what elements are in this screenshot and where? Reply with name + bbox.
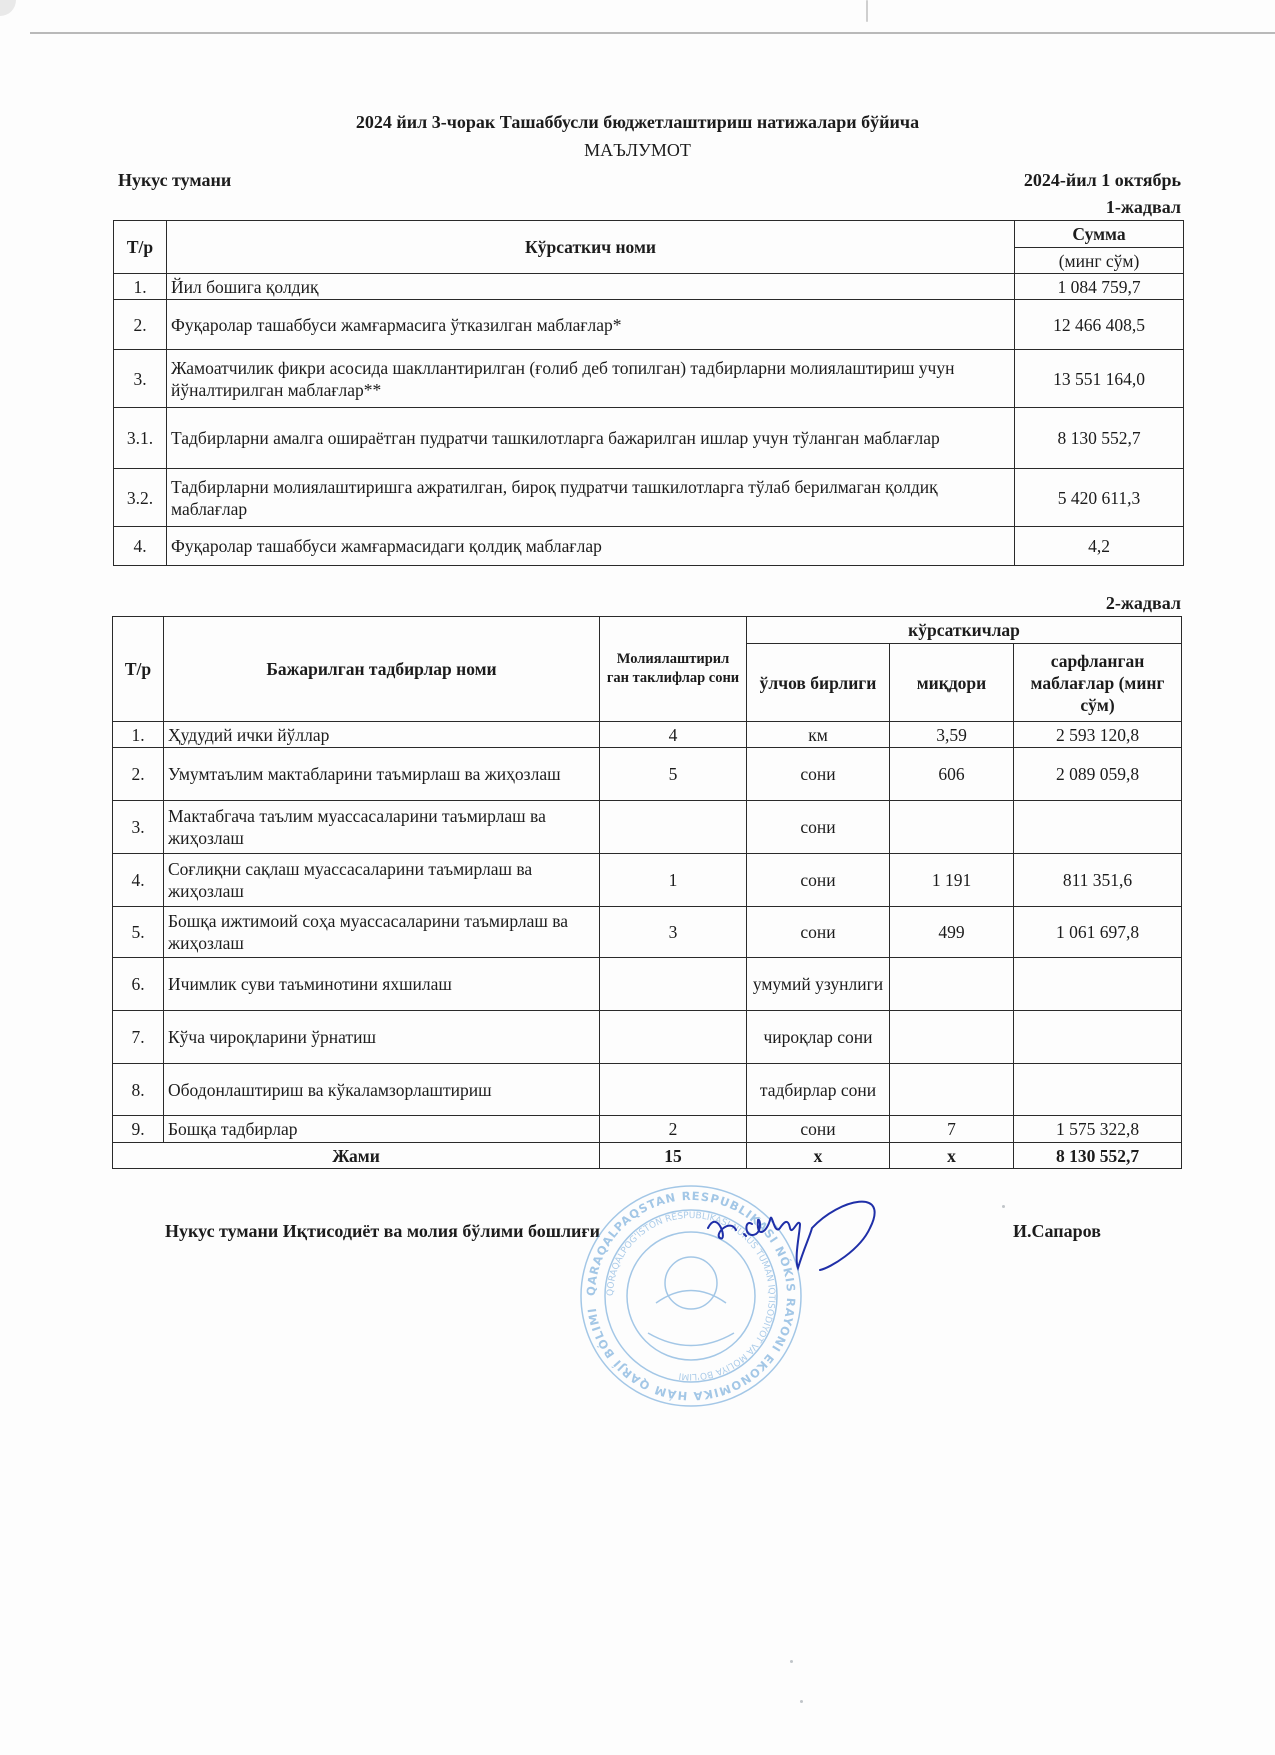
table-row: 6.Ичимлик суви таъминотини яхшилашумумий… [113,958,1182,1011]
table-row: 2.Умумтаълим мактабларини таъмирлаш ва ж… [113,748,1182,801]
scan-speck [1002,1205,1005,1208]
summary-table: Т/р Кўрсаткич номи Сумма (минг сўм) 1.Йи… [113,220,1184,566]
col-header-activity: Бажарилган тадбирлар номи [164,617,600,722]
unit-of-measure: чироқлар сони [747,1011,890,1064]
scan-mark [866,0,868,22]
row-number: 1. [113,722,164,748]
col-header-num: Т/р [113,617,164,722]
col-header-num: Т/р [114,221,167,274]
quantity [890,801,1014,854]
row-number: 9. [113,1116,164,1143]
row-number: 5. [113,907,164,958]
activity-name: Соғлиқни сақлаш муассасаларини таъмирлаш… [164,854,600,907]
col-header-quantity: миқдори [890,644,1014,722]
activity-name: Бошқа ижтимоий соҳа муассасаларини таъми… [164,907,600,958]
spent-amount: 1 061 697,8 [1014,907,1182,958]
activity-name: Кўча чироқларини ўрнатиш [164,1011,600,1064]
table-row: 2.Фуқаролар ташаббуси жамғармасига ўтказ… [114,300,1184,350]
table1-label: 1-жадвал [1106,197,1181,218]
total-proposals: 15 [600,1143,747,1169]
indicator-sum: 4,2 [1015,527,1184,566]
indicator-sum: 5 420 611,3 [1015,469,1184,527]
quantity: 1 191 [890,854,1014,907]
unit-of-measure: умумий узунлиги [747,958,890,1011]
table-row: 3.1.Тадбирларни амалга ошираётган пудрат… [114,408,1184,469]
col-header-proposals: Молиялаштирил ган таклифлар сони [600,617,747,722]
proposals-count: 5 [600,748,747,801]
table-row: 1.Йил бошига қолдиқ1 084 759,7 [114,274,1184,300]
col-header-name: Кўрсаткич номи [167,221,1015,274]
spent-amount: 2 593 120,8 [1014,722,1182,748]
table-row: 4.Соғлиқни сақлаш муассасаларини таъмирл… [113,854,1182,907]
table-row: 1.Ҳудудий ички йўллар4км3,592 593 120,8 [113,722,1182,748]
row-number: 3. [113,801,164,854]
proposals-count: 1 [600,854,747,907]
row-number: 2. [114,300,167,350]
unit-of-measure: сони [747,854,890,907]
unit-of-measure: сони [747,801,890,854]
quantity [890,1011,1014,1064]
scan-top-edge [30,32,1275,34]
row-number: 6. [113,958,164,1011]
col-header-indicators: кўрсаткичлар [747,617,1182,644]
row-number: 1. [114,274,167,300]
signatory-position: Нукус тумани Иқтисодиёт ва молия бўлими … [165,1221,600,1242]
activity-name: Мактабгача таълим муассасаларини таъмирл… [164,801,600,854]
table-row: 7.Кўча чироқларини ўрнатишчироқлар сони [113,1011,1182,1064]
spent-amount [1014,1064,1182,1116]
spent-amount [1014,958,1182,1011]
indicator-name: Тадбирларни молиялаштиришга ажратилган, … [167,469,1015,527]
row-number: 3.2. [114,469,167,527]
table-row: 8.Ободонлаштириш ва кўкаламзорлаштиришта… [113,1064,1182,1116]
indicator-name: Тадбирларни амалга ошираётган пудратчи т… [167,408,1015,469]
activity-name: Умумтаълим мактабларини таъмирлаш ва жиҳ… [164,748,600,801]
row-number: 7. [113,1011,164,1064]
total-unit: x [747,1143,890,1169]
indicator-sum: 12 466 408,5 [1015,300,1184,350]
spent-amount: 1 575 322,8 [1014,1116,1182,1143]
unit-of-measure: сони [747,748,890,801]
total-quantity: x [890,1143,1014,1169]
total-row: Жами15xx8 130 552,7 [113,1143,1182,1169]
proposals-count [600,1064,747,1116]
scan-corner-shadow [0,0,16,16]
table-row: 4.Фуқаролар ташаббуси жамғармасидаги қол… [114,527,1184,566]
scan-speck [800,1700,803,1703]
indicator-name: Фуқаролар ташаббуси жамғармасига ўтказил… [167,300,1015,350]
total-spent: 8 130 552,7 [1014,1143,1182,1169]
indicator-name: Жамоатчилик фикри асосида шакллантирилга… [167,350,1015,408]
row-number: 4. [113,854,164,907]
quantity [890,1064,1014,1116]
proposals-count [600,958,747,1011]
indicator-sum: 13 551 164,0 [1015,350,1184,408]
col-header-unit: ўлчов бирлиги [747,644,890,722]
quantity: 606 [890,748,1014,801]
document-subtitle: МАЪЛУМОТ [0,140,1275,161]
table-row: 3.2.Тадбирларни молиялаштиришга ажратилг… [114,469,1184,527]
indicator-name: Йил бошига қолдиқ [167,274,1015,300]
table-row: 9.Бошқа тадбирлар2сони71 575 322,8 [113,1116,1182,1143]
proposals-count: 4 [600,722,747,748]
spent-amount [1014,1011,1182,1064]
indicator-sum: 1 084 759,7 [1015,274,1184,300]
unit-of-measure: тадбирлар сони [747,1064,890,1116]
proposals-count [600,801,747,854]
col-header-sum: Сумма [1015,221,1184,248]
activity-name: Ҳудудий ички йўллар [164,722,600,748]
activity-name: Ичимлик суви таъминотини яхшилаш [164,958,600,1011]
col-header-sum-unit: (минг сўм) [1015,248,1184,274]
proposals-count [600,1011,747,1064]
indicator-name: Фуқаролар ташаббуси жамғармасидаги қолди… [167,527,1015,566]
unit-of-measure: сони [747,907,890,958]
row-number: 8. [113,1064,164,1116]
report-date: 2024-йил 1 октябрь [1024,170,1181,191]
table-row: 3.Мактабгача таълим муассасаларини таъми… [113,801,1182,854]
quantity: 7 [890,1116,1014,1143]
quantity [890,958,1014,1011]
row-number: 2. [113,748,164,801]
spent-amount [1014,801,1182,854]
col-header-spent: сарфланган маблағлар (минг сўм) [1014,644,1182,722]
activities-table: Т/р Бажарилган тадбирлар номи Молиялашти… [112,616,1182,1169]
proposals-count: 3 [600,907,747,958]
row-number: 4. [114,527,167,566]
table2-label: 2-жадвал [1106,593,1181,614]
quantity: 3,59 [890,722,1014,748]
signatory-name: И.Сапаров [1013,1221,1101,1242]
spent-amount: 811 351,6 [1014,854,1182,907]
indicator-sum: 8 130 552,7 [1015,408,1184,469]
quantity: 499 [890,907,1014,958]
unit-of-measure: сони [747,1116,890,1143]
proposals-count: 2 [600,1116,747,1143]
row-number: 3.1. [114,408,167,469]
document-title: 2024 йил 3-чорак Ташаббусли бюджетлаштир… [0,112,1275,133]
unit-of-measure: км [747,722,890,748]
scan-speck [790,1660,793,1663]
table-row: 3.Жамоатчилик фикри асосида шакллантирил… [114,350,1184,408]
total-label: Жами [113,1143,600,1169]
signature-icon [700,1188,900,1278]
table-row: 5.Бошқа ижтимоий соҳа муассасаларини таъ… [113,907,1182,958]
spent-amount: 2 089 059,8 [1014,748,1182,801]
row-number: 3. [114,350,167,408]
district-name: Нукус тумани [118,170,231,191]
activity-name: Бошқа тадбирлар [164,1116,600,1143]
activity-name: Ободонлаштириш ва кўкаламзорлаштириш [164,1064,600,1116]
